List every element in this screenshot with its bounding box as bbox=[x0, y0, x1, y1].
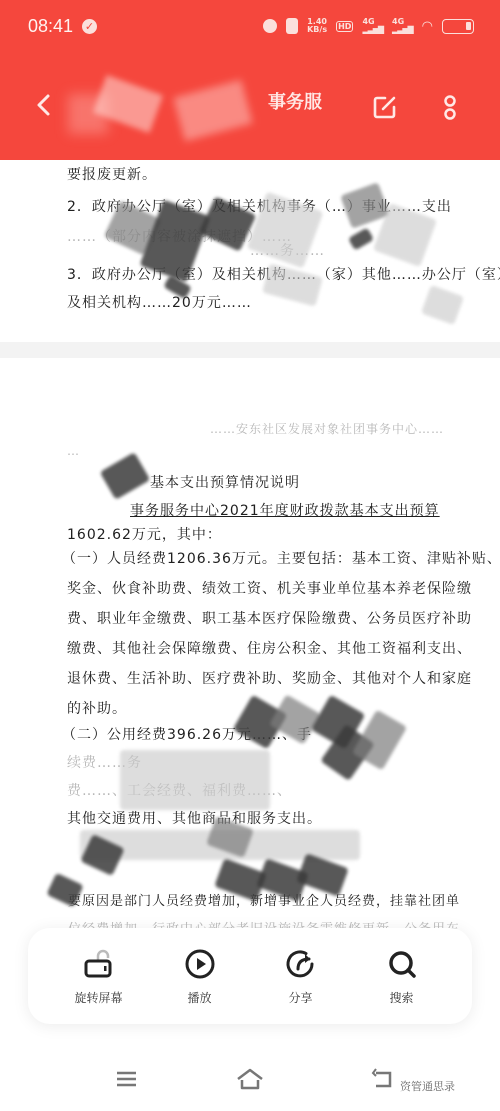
rotate-screen-label: 旋转屏幕 bbox=[74, 989, 122, 1006]
hd-voice-icon: HD bbox=[336, 21, 353, 32]
network-speed: 1.40 KB/s bbox=[307, 18, 327, 34]
back-button[interactable] bbox=[32, 90, 56, 120]
more-options-button[interactable] bbox=[440, 92, 460, 122]
system-navigation-bar: 资管通思录 bbox=[0, 1050, 500, 1111]
doc-line: 其他交通费用、其他商品和服务支出。 bbox=[67, 808, 322, 828]
doc-line: （一）人员经费1206.36万元。主要包括：基本工资、津贴补贴、 bbox=[62, 548, 500, 568]
verified-check-icon: ✓ bbox=[82, 19, 97, 34]
vibrate-icon bbox=[286, 18, 298, 34]
document-viewer[interactable]: 要报废更新。 2．政府办公厅（室）及相关机构事务（…）事业……支出 ……（部分内… bbox=[0, 160, 500, 960]
redaction-scribble bbox=[348, 227, 374, 250]
redaction-scribble bbox=[100, 452, 151, 500]
share-icon bbox=[284, 947, 318, 981]
doc-line: … bbox=[67, 444, 80, 458]
edit-icon bbox=[372, 94, 398, 120]
chevron-left-icon bbox=[32, 90, 56, 120]
battery-icon bbox=[442, 19, 474, 34]
search-icon bbox=[385, 947, 419, 981]
doc-line: 要原因是部门人员经费增加，新增事业企人员经费，挂靠社团单 bbox=[68, 890, 460, 909]
wifi-icon: ◠ bbox=[422, 19, 433, 34]
play-button[interactable]: 播放 bbox=[160, 947, 240, 1006]
doc-line: 缴费、其他社会保障缴费、住房公积金、其他工资福利支出、 bbox=[67, 638, 472, 658]
redacted-title bbox=[68, 76, 268, 146]
doc-line: ……安东社区发展对象社团事务中心…… bbox=[210, 420, 444, 437]
share-button[interactable]: 分享 bbox=[261, 947, 341, 1006]
doc-line: 费、职业年金缴费、职工基本医疗保险缴费、公务员医疗补助 bbox=[67, 608, 472, 628]
back-arrow-icon bbox=[370, 1066, 400, 1092]
network-speed-unit: KB/s bbox=[307, 25, 327, 34]
rotate-lock-icon bbox=[82, 947, 116, 981]
doc-line: 要报废更新。 bbox=[67, 164, 157, 184]
document-page-2: ……安东社区发展对象社团事务中心…… … 基本支出预算情况说明 事务服务中心20… bbox=[0, 360, 500, 960]
redaction-scribble bbox=[421, 285, 464, 325]
nav-bar: 事务服 bbox=[0, 70, 500, 140]
doc-line: 事务服务中心2021年度财政拨款基本支出预算 bbox=[130, 500, 440, 520]
section-title: 基本支出预算情况说明 bbox=[150, 472, 300, 492]
app-header: 08:41 ✓ 1.40 KB/s HD 4G▂▃▅▇ 4G▂▃▅▇ ◠ 事务服 bbox=[0, 0, 500, 160]
search-button[interactable]: 搜索 bbox=[362, 947, 442, 1006]
redaction-scribble bbox=[120, 750, 270, 810]
document-action-bar: 旋转屏幕 播放 分享 搜索 bbox=[28, 928, 472, 1024]
status-bar: 08:41 ✓ 1.40 KB/s HD 4G▂▃▅▇ 4G▂▃▅▇ ◠ bbox=[0, 12, 500, 42]
clock: 08:41 bbox=[28, 16, 73, 37]
doc-line: 1602.62万元，其中： bbox=[67, 524, 222, 544]
edit-button[interactable] bbox=[372, 94, 398, 120]
watermark: 资管通思录 bbox=[400, 1078, 455, 1094]
signal-sim2-icon: 4G▂▃▅▇ bbox=[392, 18, 413, 34]
recent-apps-button[interactable] bbox=[112, 1066, 142, 1092]
home-icon bbox=[235, 1066, 265, 1092]
doc-line: 及相关机构……20万元…… bbox=[67, 292, 252, 312]
doc-line: 退休费、生活补助、医疗费补助、奖励金、其他对个人和家庭 bbox=[67, 668, 472, 688]
play-label: 播放 bbox=[187, 989, 211, 1006]
status-icons: 1.40 KB/s HD 4G▂▃▅▇ 4G▂▃▅▇ ◠ bbox=[263, 18, 474, 34]
share-label: 分享 bbox=[288, 989, 312, 1006]
doc-line: 奖金、伙食补助费、绩效工资、机关事业单位基本养老保险缴 bbox=[67, 578, 472, 598]
doc-line: 的补助。 bbox=[67, 698, 127, 718]
alarm-icon bbox=[263, 19, 277, 33]
page-title: 事务服 bbox=[268, 88, 322, 114]
rotate-screen-button[interactable]: 旋转屏幕 bbox=[59, 947, 139, 1006]
search-label: 搜索 bbox=[389, 989, 413, 1006]
home-button[interactable] bbox=[235, 1066, 265, 1092]
menu-icon bbox=[112, 1066, 142, 1092]
document-page-1: 要报废更新。 2．政府办公厅（室）及相关机构事务（…）事业……支出 ……（部分内… bbox=[0, 160, 500, 340]
redaction-mark bbox=[173, 80, 252, 142]
back-system-button[interactable] bbox=[370, 1066, 400, 1092]
play-icon bbox=[183, 947, 217, 981]
signal-sim1-icon: 4G▂▃▅▇ bbox=[362, 18, 383, 34]
more-vertical-icon bbox=[440, 92, 460, 122]
page-separator bbox=[0, 342, 500, 358]
